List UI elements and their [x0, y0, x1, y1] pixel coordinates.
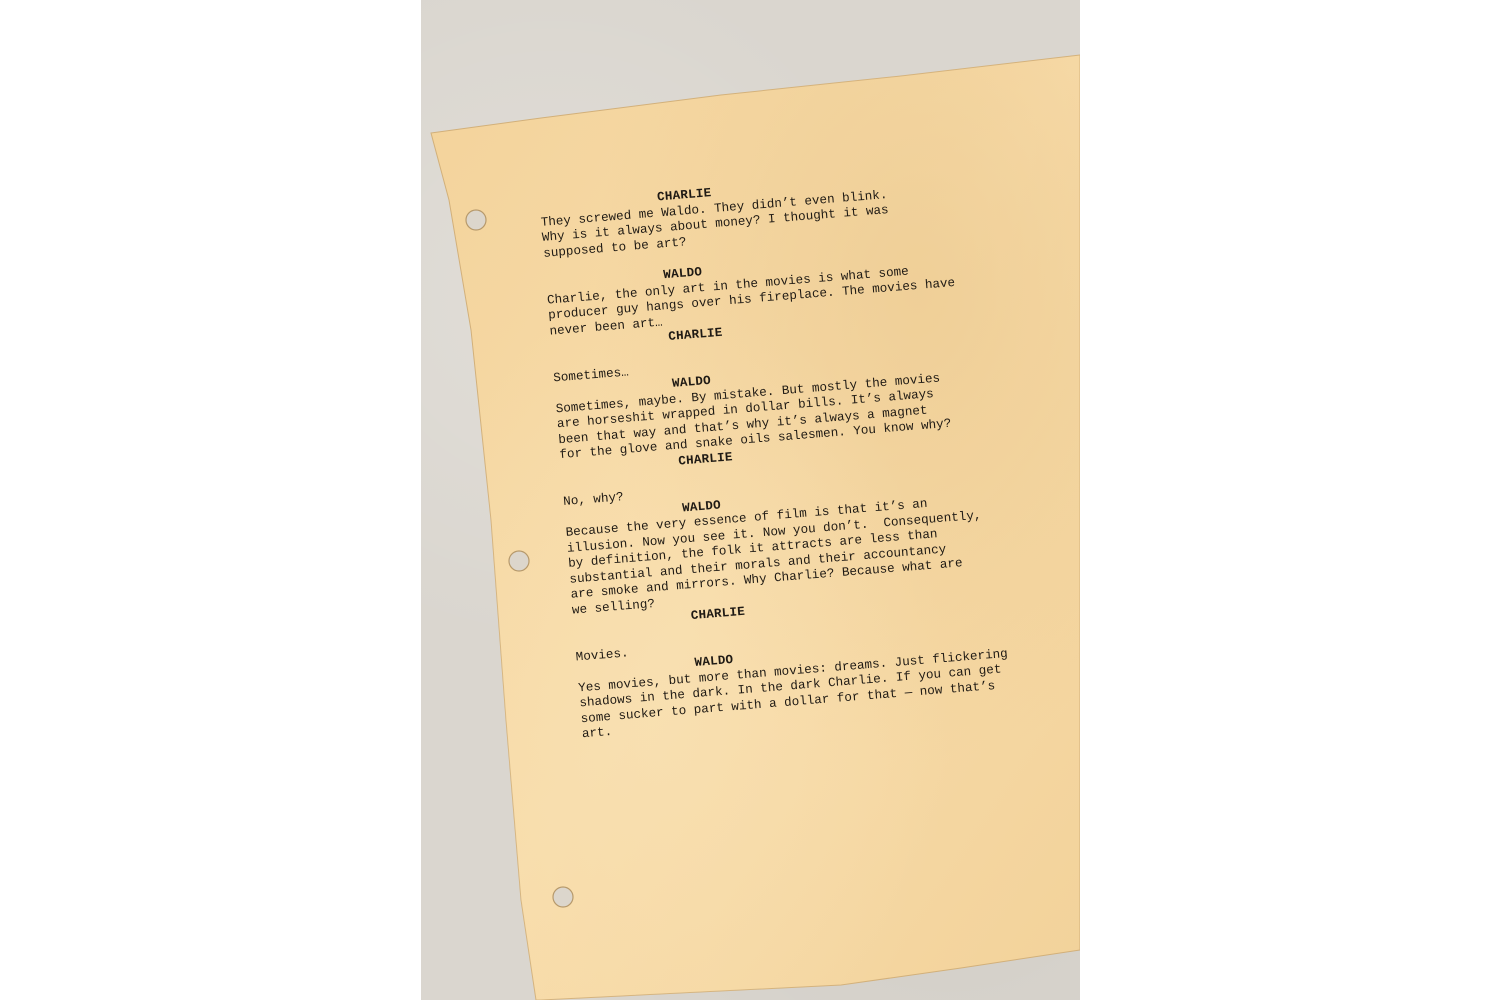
binder-hole-top	[466, 210, 486, 230]
binder-hole-middle	[509, 551, 529, 571]
script-page: CHARLIE They screwed me Waldo. They didn…	[421, 0, 1080, 1000]
screenplay-text: CHARLIE They screwed me Waldo. They didn…	[539, 158, 1080, 742]
binder-hole-bottom	[553, 887, 573, 907]
photo-frame: CHARLIE They screwed me Waldo. They didn…	[421, 0, 1080, 1000]
